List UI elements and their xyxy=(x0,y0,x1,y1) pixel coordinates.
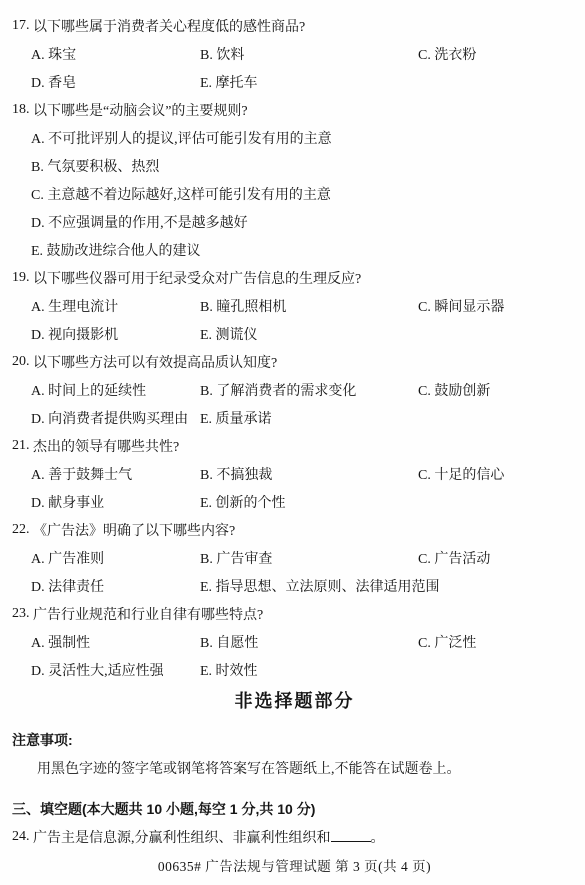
question-number: 22. xyxy=(12,522,33,538)
question-number: 17. xyxy=(12,18,33,34)
option-b: B. 自愿性 xyxy=(200,632,418,652)
fill-section-heading: 三、填空题(本大题共 10 小题,每空 1 分,共 10 分) xyxy=(12,799,315,819)
option-e: E. 摩托车 xyxy=(200,72,418,92)
fill-text-before: 广告主是信息源,分赢利性组织、非赢利性组织和 xyxy=(33,831,331,846)
option-e: E. 质量承诺 xyxy=(200,408,418,428)
option-a: A. 时间上的延续性 xyxy=(31,380,200,400)
option-e: E. 鼓励改进综合他人的建议 xyxy=(31,240,209,260)
option-c: C. 十足的信心 xyxy=(418,464,512,484)
question-18: 18. 以下哪些是“动脑会议”的主要规则? A. 不可批评别人的提议,评估可能引… xyxy=(12,96,577,264)
option-c: C. 洗衣粉 xyxy=(418,44,484,64)
question-number: 24. xyxy=(12,829,33,845)
question-24: 24. 广告主是信息源,分赢利性组织、非赢利性组织和。 xyxy=(12,823,577,851)
option-a: A. 不可批评别人的提议,评估可能引发有用的主意 xyxy=(31,128,340,148)
question-number: 20. xyxy=(12,354,33,370)
fill-text-after: 。 xyxy=(371,831,385,846)
question-22: 22. 《广告法》明确了以下哪些内容? A. 广告准则 B. 广告审查 C. 广… xyxy=(12,516,577,600)
option-c: C. 广告活动 xyxy=(418,548,498,568)
section-title: 非选择题部分 xyxy=(12,686,577,714)
option-e: E. 指导思想、立法原则、法律适用范围 xyxy=(200,576,448,596)
question-text: 以下哪些仪器可用于纪录受众对广告信息的生理反应? xyxy=(33,268,361,288)
option-c: C. 瞬间显示器 xyxy=(418,296,512,316)
question-text: 以下哪些属于消费者关心程度低的感性商品? xyxy=(33,16,305,36)
notice-heading: 注意事项: xyxy=(12,730,73,750)
page-footer: 00635# 广告法规与管理试题 第 3 页(共 4 页) xyxy=(12,851,577,879)
question-number: 18. xyxy=(12,102,33,118)
question-number: 19. xyxy=(12,270,33,286)
option-b: B. 不搞独裁 xyxy=(200,464,418,484)
question-text: 以下哪些方法可以有效提高品质认知度? xyxy=(33,352,277,372)
question-number: 21. xyxy=(12,438,33,454)
question-21: 21. 杰出的领导有哪些共性? A. 善于鼓舞士气 B. 不搞独裁 C. 十足的… xyxy=(12,432,577,516)
option-d: D. 向消费者提供购买理由 xyxy=(31,408,200,428)
option-b: B. 瞳孔照相机 xyxy=(200,296,418,316)
option-a: A. 善于鼓舞士气 xyxy=(31,464,200,484)
question-text: 广告行业规范和行业自律有哪些特点? xyxy=(33,604,263,624)
question-number: 23. xyxy=(12,606,33,622)
option-a: A. 强制性 xyxy=(31,632,200,652)
exam-paper-page: 17. 以下哪些属于消费者关心程度低的感性商品? A. 珠宝 B. 饮料 C. … xyxy=(0,0,585,885)
option-d: D. 法律责任 xyxy=(31,576,200,596)
question-20: 20. 以下哪些方法可以有效提高品质认知度? A. 时间上的延续性 B. 了解消… xyxy=(12,348,577,432)
option-b: B. 了解消费者的需求变化 xyxy=(200,380,418,400)
option-a: A. 珠宝 xyxy=(31,44,200,64)
option-b: B. 广告审查 xyxy=(200,548,418,568)
option-c: C. 鼓励创新 xyxy=(418,380,498,400)
option-a: A. 广告准则 xyxy=(31,548,200,568)
option-d: D. 献身事业 xyxy=(31,492,200,512)
option-d: D. 香皂 xyxy=(31,72,200,92)
notice-text: 用黑色字迹的签字笔或钢笔将答案写在答题纸上,不能答在试题卷上。 xyxy=(37,758,461,778)
question-19: 19. 以下哪些仪器可用于纪录受众对广告信息的生理反应? A. 生理电流计 B.… xyxy=(12,264,577,348)
question-text: 杰出的领导有哪些共性? xyxy=(33,436,179,456)
option-c: C. 主意越不着边际越好,这样可能引发有用的主意 xyxy=(31,184,339,204)
question-17: 17. 以下哪些属于消费者关心程度低的感性商品? A. 珠宝 B. 饮料 C. … xyxy=(12,12,577,96)
option-b: B. 饮料 xyxy=(200,44,418,64)
option-d: D. 灵活性大,适应性强 xyxy=(31,660,200,680)
option-e: E. 创新的个性 xyxy=(200,492,418,512)
question-text: 广告主是信息源,分赢利性组织、非赢利性组织和。 xyxy=(33,827,385,847)
option-e: E. 时效性 xyxy=(200,660,418,680)
option-e: E. 测谎仪 xyxy=(200,324,418,344)
fill-blank-line xyxy=(331,828,371,842)
option-d: D. 不应强调量的作用,不是越多越好 xyxy=(31,212,256,232)
option-d: D. 视向摄影机 xyxy=(31,324,200,344)
question-23: 23. 广告行业规范和行业自律有哪些特点? A. 强制性 B. 自愿性 C. 广… xyxy=(12,600,577,684)
question-text: 以下哪些是“动脑会议”的主要规则? xyxy=(33,100,248,120)
option-c: C. 广泛性 xyxy=(418,632,484,652)
question-text: 《广告法》明确了以下哪些内容? xyxy=(33,520,235,540)
option-b: B. 气氛要积极、热烈 xyxy=(31,156,167,176)
option-a: A. 生理电流计 xyxy=(31,296,200,316)
